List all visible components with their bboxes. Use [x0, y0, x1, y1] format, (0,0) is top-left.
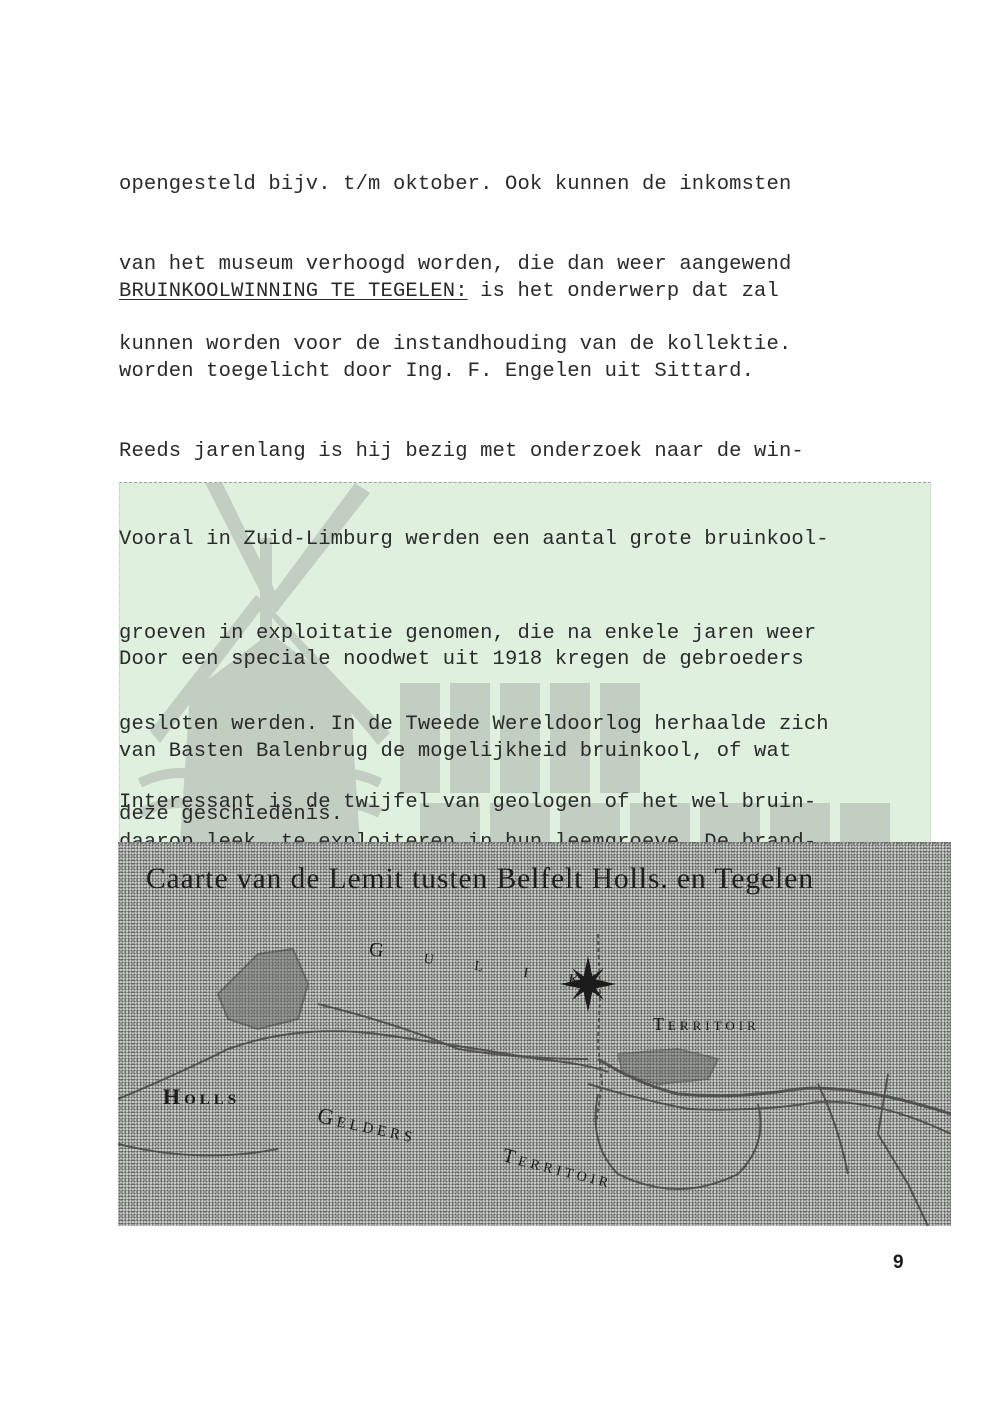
highlight-line: Vooral in Zuid-Limburg werden een aantal… — [119, 527, 939, 554]
highlight-line: Door een speciale noodwet uit 1918 krege… — [119, 645, 939, 676]
section-heading: BRUINKOOLWINNING TE TEGELEN: — [119, 280, 468, 303]
topic-line: worden toegelicht door Ing. F. Engelen u… — [119, 359, 939, 386]
topic-first-line: BRUINKOOLWINNING TE TEGELEN: is het onde… — [119, 279, 939, 306]
intro-line: opengesteld bijv. t/m oktober. Ook kunne… — [119, 172, 939, 199]
topic-line: Reeds jarenlang is hij bezig met onderzo… — [119, 439, 939, 466]
highlight-line: Interessant is de twijfel van geologen o… — [119, 790, 939, 817]
map-label-territoir-top: Territoir — [653, 1014, 760, 1035]
map-caption: Caarte van de Lemit tusten Belfelt Holls… — [146, 862, 814, 896]
map-label-holls: Holls — [163, 1084, 240, 1110]
historic-map-figure: Caarte van de Lemit tusten Belfelt Holls… — [118, 842, 951, 1226]
page-number: 9 — [893, 1252, 904, 1274]
heading-continuation: is het onderwerp dat zal — [468, 280, 779, 303]
